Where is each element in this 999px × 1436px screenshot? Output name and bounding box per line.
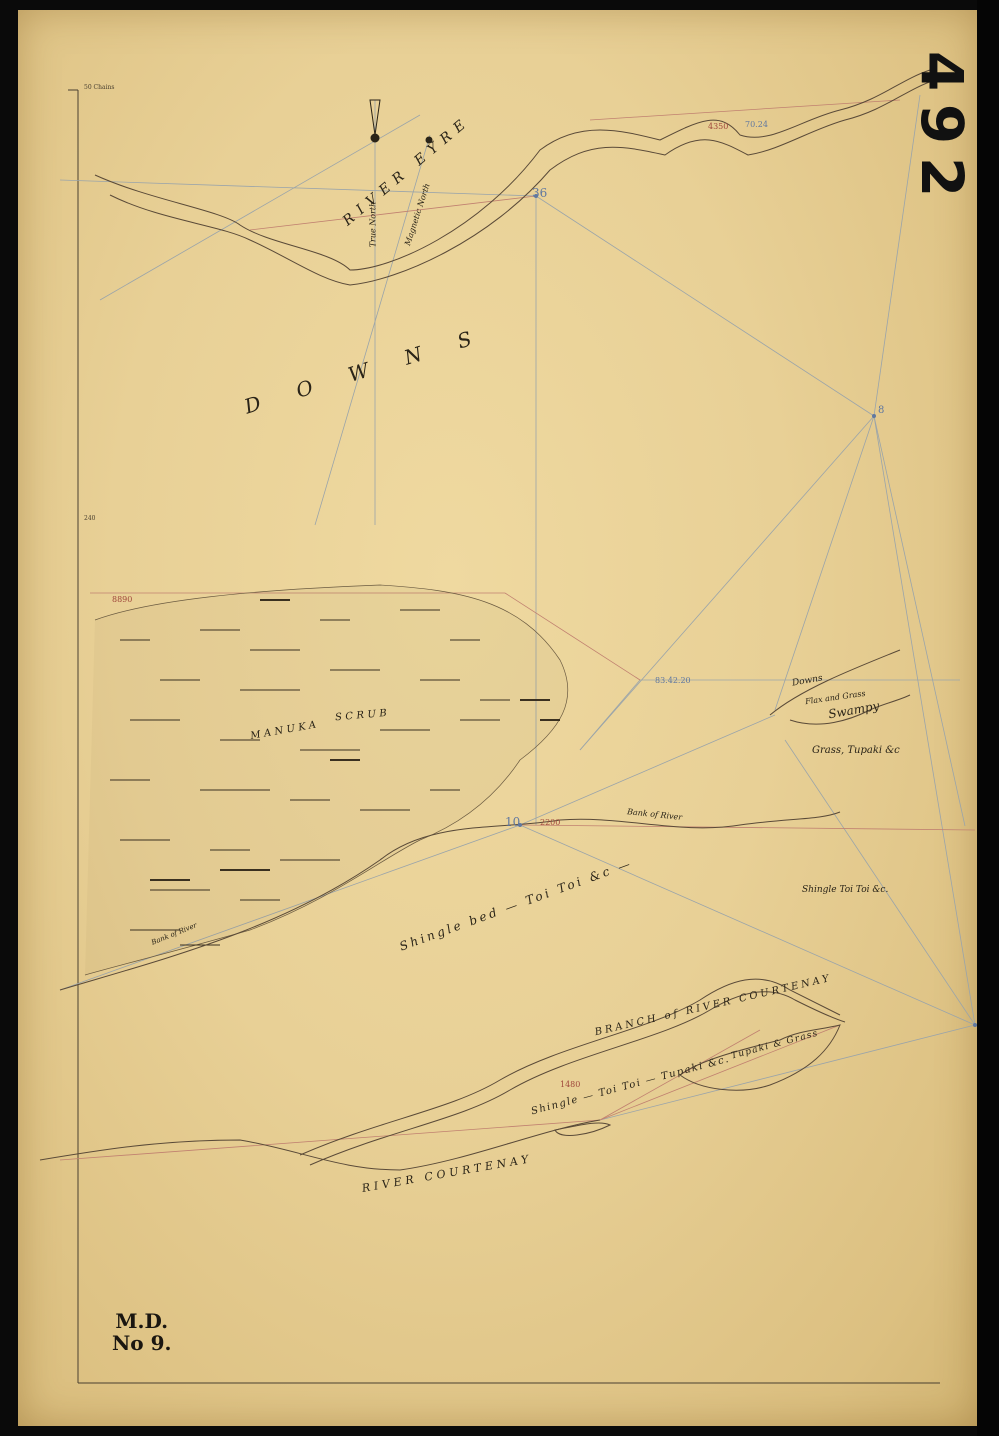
series-label-line2: No 9.: [112, 1332, 171, 1354]
chain-value: 8890: [112, 595, 132, 604]
station-label: 36: [532, 186, 547, 200]
chain-value: 4350: [708, 122, 728, 131]
shingle-toitoi-label: Shingle Toi Toi &c.: [802, 885, 888, 895]
survey-drawing: [0, 0, 999, 1436]
station-label: 8: [878, 405, 884, 416]
scale-mark: 240: [84, 515, 95, 522]
chain-value: 1480: [560, 1080, 580, 1089]
grass-tupaki-label: Grass, Tupaki &c: [812, 745, 900, 756]
series-label-line1: M.D.: [112, 1310, 171, 1332]
sheet-number-digit: 9: [913, 104, 971, 144]
series-label: M.D. No 9.: [112, 1310, 171, 1354]
sheet-number-digit: 2: [913, 157, 971, 197]
compass-rose-icon: [370, 100, 432, 143]
sheet-number-digit: 4: [913, 51, 971, 91]
station-label: 10: [505, 815, 520, 829]
bearing-value: 83.42.20: [655, 676, 691, 685]
chain-value: 2200: [540, 818, 560, 827]
scale-mark: 50 Chains: [84, 84, 114, 91]
bearing-value: 70.24: [745, 120, 768, 129]
